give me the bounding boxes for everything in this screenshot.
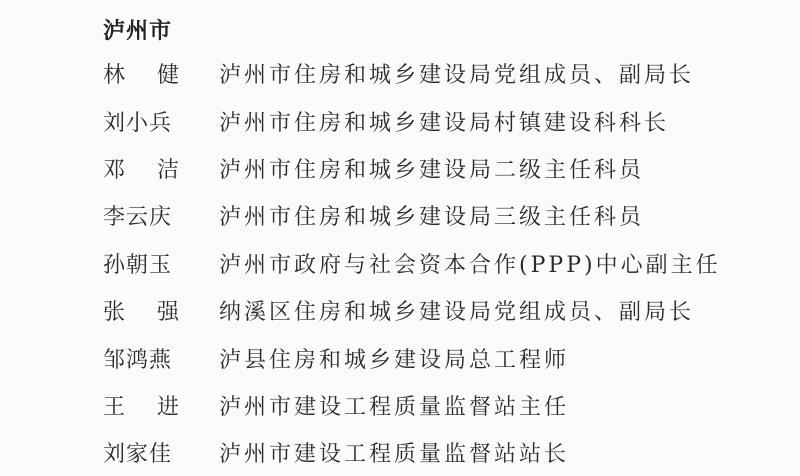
list-item: 孙朝玉泸州市政府与社会资本合作(PPP)中心副主任 bbox=[103, 251, 721, 281]
person-name: 林健 bbox=[103, 61, 219, 91]
person-title: 泸州市住房和城乡建设局三级主任科员 bbox=[219, 203, 644, 233]
person-name: 邓洁 bbox=[103, 156, 219, 186]
list-item: 王进泸州市建设工程质量监督站主任 bbox=[103, 393, 569, 423]
section-heading: 泸州市 bbox=[103, 14, 172, 45]
document-page: 泸州市 林健泸州市住房和城乡建设局党组成员、副局长 刘小兵泸州市住房和城乡建设局… bbox=[0, 0, 800, 476]
person-name: 李云庆 bbox=[103, 203, 219, 233]
list-item: 刘小兵泸州市住房和城乡建设局村镇建设科科长 bbox=[103, 109, 669, 139]
person-title: 泸州市住房和城乡建设局村镇建设科科长 bbox=[219, 109, 669, 139]
person-name: 王进 bbox=[103, 393, 219, 423]
person-name: 刘家佳 bbox=[103, 440, 219, 470]
person-name: 刘小兵 bbox=[103, 109, 219, 139]
list-item: 刘家佳泸州市建设工程质量监督站站长 bbox=[103, 440, 569, 470]
list-item: 邹鸿燕泸县住房和城乡建设局总工程师 bbox=[103, 346, 569, 376]
person-name: 邹鸿燕 bbox=[103, 346, 219, 376]
list-item: 邓洁泸州市住房和城乡建设局二级主任科员 bbox=[103, 156, 644, 186]
list-item: 李云庆泸州市住房和城乡建设局三级主任科员 bbox=[103, 203, 644, 233]
person-title: 泸州市政府与社会资本合作(PPP)中心副主任 bbox=[219, 251, 721, 281]
person-title: 泸州市住房和城乡建设局二级主任科员 bbox=[219, 156, 644, 186]
person-title: 泸县住房和城乡建设局总工程师 bbox=[219, 346, 569, 376]
person-title: 泸州市住房和城乡建设局党组成员、副局长 bbox=[219, 61, 694, 91]
list-item: 张强纳溪区住房和城乡建设局党组成员、副局长 bbox=[103, 298, 694, 328]
person-title: 纳溪区住房和城乡建设局党组成员、副局长 bbox=[219, 298, 694, 328]
person-name: 张强 bbox=[103, 298, 219, 328]
list-item: 林健泸州市住房和城乡建设局党组成员、副局长 bbox=[103, 61, 694, 91]
person-name: 孙朝玉 bbox=[103, 251, 219, 281]
person-title: 泸州市建设工程质量监督站站长 bbox=[219, 440, 569, 470]
person-title: 泸州市建设工程质量监督站主任 bbox=[219, 393, 569, 423]
